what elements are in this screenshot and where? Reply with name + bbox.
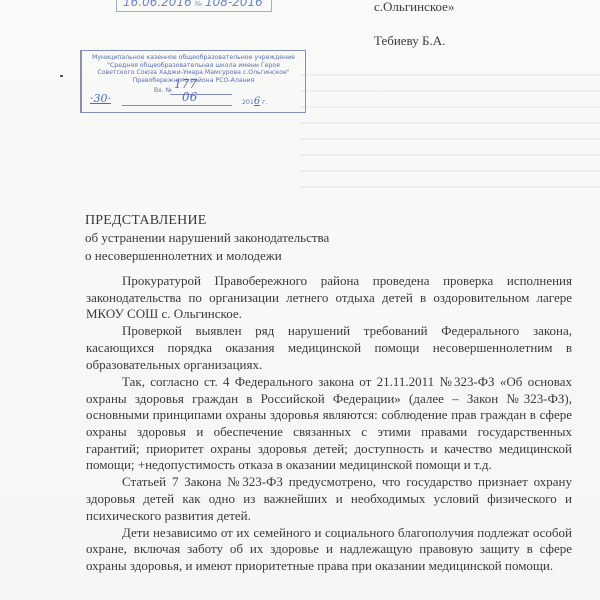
paragraph: Так, согласно ст. 4 Федерального закона … [86,374,572,474]
incoming-month: 06 [182,94,197,102]
subtitle-line: об устранении нарушений законодательства [85,229,329,247]
recipient-name: Тебиеву Б.А. [374,32,445,50]
document-body: Прокуратурой Правобережного района прове… [86,273,572,575]
incoming-date-row: ·30· 06 2016 г. [82,96,305,108]
incoming-number-value: 177 [174,81,197,89]
number-sign: № [195,0,202,8]
bleed-through-texture [300,60,600,260]
underline [122,105,232,106]
scanned-document-page: 16.06.2016№108-2016 с.Ольгинское» Тебиев… [0,0,600,600]
stamp-line: "Средняя общеобразовательная школа имени… [82,62,305,70]
subtitle-line: о несовершеннолетних и молодежи [85,247,329,265]
paragraph: Проверкой выявлен ряд нарушений требован… [86,323,572,373]
stamp-line: Советского Союза Хаджи-Умара Мамсурова с… [82,69,305,77]
stamp-line: Муниципальное казенное общеобразовательн… [82,54,305,62]
incoming-day: ·30· [90,95,111,103]
registration-stamp-fragment: 16.06.2016№108-2016 [116,0,272,12]
underline [170,94,232,95]
year-prefix: 201 [242,99,254,106]
incoming-stamp: Муниципальное казенное общеобразовательн… [80,50,306,113]
scan-speck [60,75,63,77]
registration-number: 108-2016 [205,0,263,9]
incoming-year: 2016 г. [242,98,267,107]
year-end: г. [260,99,267,106]
document-subtitle: об устранении нарушений законодательства… [85,229,329,264]
paragraph: Дети независимо от их семейного и социал… [86,525,572,575]
registration-date: 16.06.2016 [123,0,192,9]
recipient-organization: с.Ольгинское» [374,0,454,16]
document-title: ПРЕДСТАВЛЕНИЕ [85,212,207,229]
paragraph: Статьей 7 Закона №323-ФЗ предусмотрено, … [86,474,572,524]
paragraph: Прокуратурой Правобережного района прове… [86,273,572,323]
